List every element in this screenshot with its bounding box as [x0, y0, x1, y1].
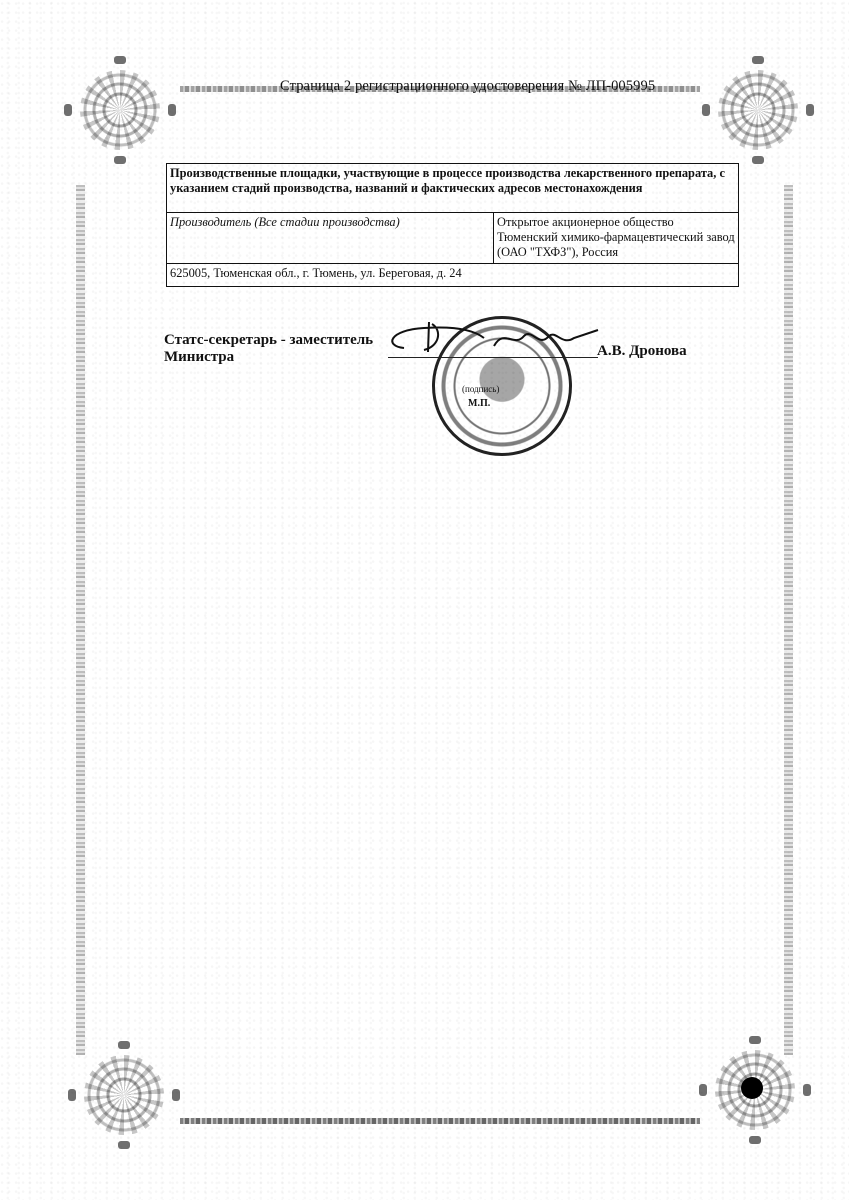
producer-organization-cell: Открытое акционерное общество Тюменский …	[494, 213, 739, 264]
producer-address-cell: 625005, Тюменская обл., г. Тюмень, ул. Б…	[167, 264, 739, 287]
table-address-row: 625005, Тюменская обл., г. Тюмень, ул. Б…	[167, 264, 739, 287]
producer-role-cell: Производитель (Все стадии производства)	[167, 213, 494, 264]
table-header-cell: Производственные площадки, участвующие в…	[167, 164, 739, 213]
border-left-ornament	[76, 185, 85, 1055]
stamp-seal-label: М.П.	[468, 398, 490, 409]
signer-name: А.В. Дронова	[597, 343, 687, 360]
rosette-ornament-icon	[84, 1055, 164, 1135]
signature-line	[388, 357, 598, 358]
page-title: Страница 2 регистрационного удостоверени…	[280, 78, 680, 95]
signer-position: Статс-секретарь - заместитель Министра	[164, 332, 373, 366]
rosette-ornament-icon	[80, 70, 160, 150]
stamp-signature-label: (подпись)	[462, 384, 499, 394]
border-bottom-ornament	[180, 1118, 700, 1124]
black-dot-mark	[741, 1077, 763, 1099]
border-right-ornament	[784, 185, 793, 1055]
table-header-row: Производственные площадки, участвующие в…	[167, 164, 739, 213]
table-row: Производитель (Все стадии производства) …	[167, 213, 739, 264]
production-sites-table: Производственные площадки, участвующие в…	[166, 163, 739, 287]
signer-position-line2: Министра	[164, 349, 373, 366]
handwritten-signature-icon	[384, 318, 604, 362]
signer-position-line1: Статс-секретарь - заместитель	[164, 332, 373, 349]
rosette-ornament-icon	[718, 70, 798, 150]
